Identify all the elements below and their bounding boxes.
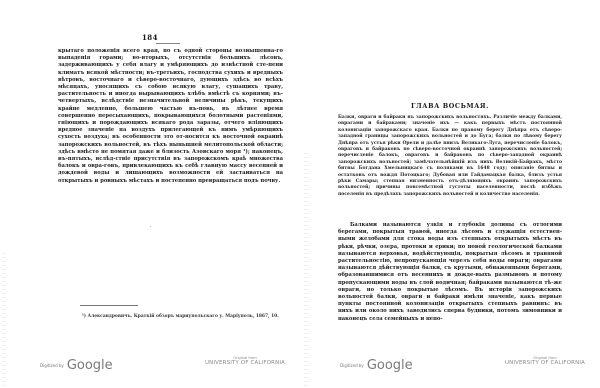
paragraph: Балками называются узкія и глубокія доли… [338,222,562,323]
body-text: крытаго положенія всего края, но съ одно… [58,48,283,185]
scan-speck [150,226,151,227]
digitized-by-label: Digitized by [40,363,64,368]
footnote-rule [80,305,138,306]
paragraph: крытаго положенія всего края, но съ одно… [58,48,283,185]
scan-edge [2,250,6,388]
right-page: ГЛАВА ВОСЬМАЯ. Балки, овраги и байраки в… [300,0,600,388]
google-logo: Google [67,358,113,373]
chapter-summary: Балки, овраги и байраки въ запорожскихъ … [338,115,562,198]
origin-watermark: Original from UNIVERSITY OF CALIFORNIA [490,356,600,366]
google-watermark: Digitized byGoogle [340,355,413,374]
digitized-by-label: Digitized by [340,363,364,368]
left-page: 184 крытаго положенія всего края, но съ … [0,0,300,388]
institution-label: UNIVERSITY OF CALIFORNIA [490,360,600,366]
google-watermark: Digitized byGoogle [40,355,113,374]
scan-edge [304,150,308,388]
footnote: ¹) Александровичъ. Краткій обзоръ мариуп… [82,314,279,319]
body-text: Балками называются узкія и глубокія доли… [338,222,562,323]
origin-watermark: Original from UNIVERSITY OF CALIFORNIA [190,356,300,366]
chapter-title: ГЛАВА ВОСЬМАЯ. [300,102,600,110]
page-number: 184 [0,33,300,42]
page-number-rule [156,43,180,44]
google-logo: Google [367,358,413,373]
institution-label: UNIVERSITY OF CALIFORNIA [190,360,300,366]
